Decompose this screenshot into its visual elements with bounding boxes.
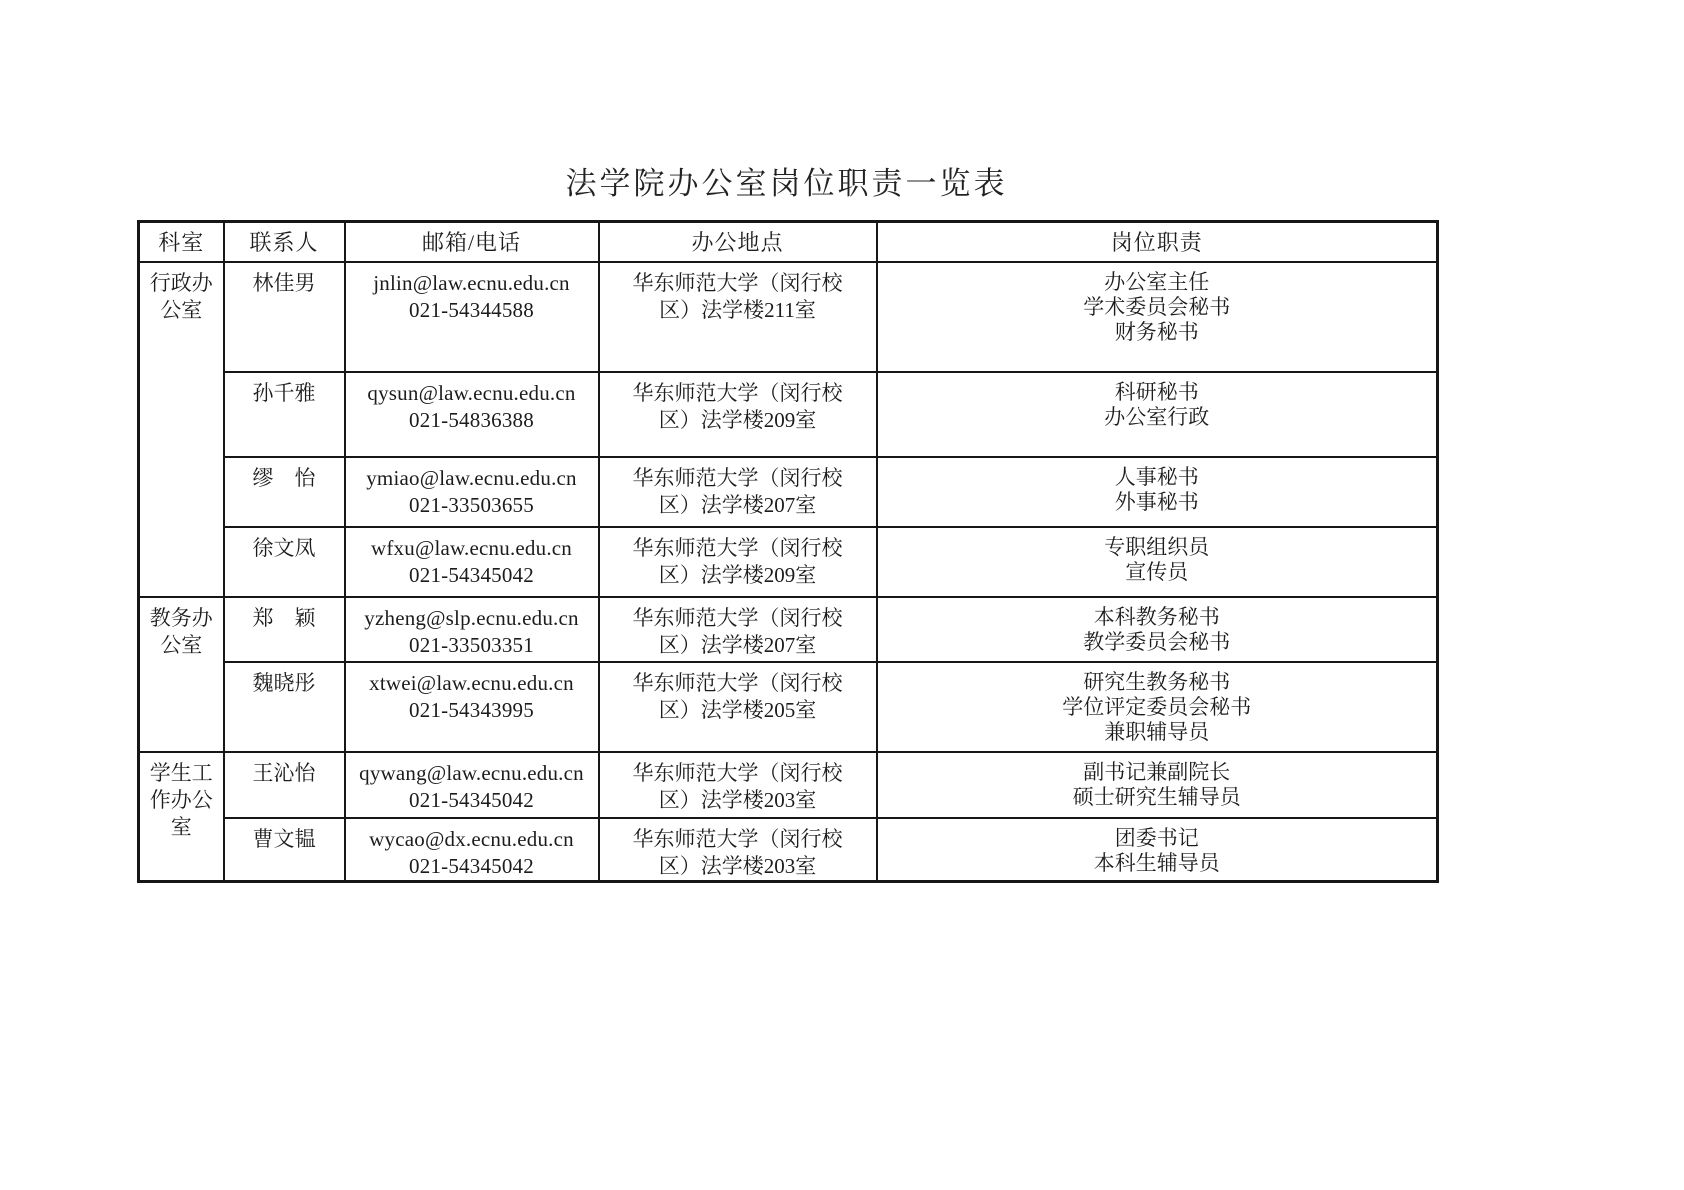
contact-name-cell: 曹文韫 bbox=[224, 818, 345, 882]
location-line: 区）法学楼203室 bbox=[600, 787, 876, 814]
office-location-cell: 华东师范大学（闵行校区）法学楼209室 bbox=[599, 527, 877, 597]
email-text: wfxu@law.ecnu.edu.cn bbox=[346, 535, 598, 562]
location-line: 区）法学楼209室 bbox=[600, 562, 876, 589]
duties-cell: 副书记兼副院长硕士研究生辅导员 bbox=[877, 752, 1438, 818]
department-name: 教务办公室 bbox=[149, 605, 214, 659]
table-row: 曹文韫wycao@dx.ecnu.edu.cn021-54345042华东师范大… bbox=[139, 818, 1438, 882]
contact-name-cell: 徐文凤 bbox=[224, 527, 345, 597]
table-row: 魏晓彤xtwei@law.ecnu.edu.cn021-54343995华东师范… bbox=[139, 662, 1438, 752]
column-header: 办公地点 bbox=[599, 222, 877, 262]
duty-line: 副书记兼副院长 bbox=[878, 760, 1437, 785]
location-line: 华东师范大学（闵行校 bbox=[600, 270, 876, 297]
email-phone-cell: wycao@dx.ecnu.edu.cn021-54345042 bbox=[345, 818, 599, 882]
table-row: 教务办公室郑 颖yzheng@slp.ecnu.edu.cn021-335033… bbox=[139, 597, 1438, 662]
location-line: 华东师范大学（闵行校 bbox=[600, 605, 876, 632]
location-line: 区）法学楼207室 bbox=[600, 492, 876, 519]
phone-text: 021-54344588 bbox=[346, 297, 598, 324]
contact-name-cell: 王沁怡 bbox=[224, 752, 345, 818]
duty-line: 本科生辅导员 bbox=[878, 851, 1437, 876]
column-header: 联系人 bbox=[224, 222, 345, 262]
contact-name: 魏晓彤 bbox=[225, 670, 344, 697]
office-location-cell: 华东师范大学（闵行校区）法学楼209室 bbox=[599, 372, 877, 457]
office-location-cell: 华东师范大学（闵行校区）法学楼207室 bbox=[599, 597, 877, 662]
office-location-cell: 华东师范大学（闵行校区）法学楼203室 bbox=[599, 818, 877, 882]
duty-line: 宣传员 bbox=[878, 560, 1437, 585]
location-line: 华东师范大学（闵行校 bbox=[600, 670, 876, 697]
duty-line: 硕士研究生辅导员 bbox=[878, 785, 1437, 810]
table-row: 孙千雅qysun@law.ecnu.edu.cn021-54836388华东师范… bbox=[139, 372, 1438, 457]
location-line: 区）法学楼205室 bbox=[600, 697, 876, 724]
duty-line: 兼职辅导员 bbox=[878, 720, 1437, 745]
table-row: 缪 怡ymiao@law.ecnu.edu.cn021-33503655华东师范… bbox=[139, 457, 1438, 527]
email-phone-cell: qywang@law.ecnu.edu.cn021-54345042 bbox=[345, 752, 599, 818]
department-name: 学生工作办公室 bbox=[149, 760, 214, 841]
location-line: 华东师范大学（闵行校 bbox=[600, 826, 876, 853]
table-row: 徐文凤wfxu@law.ecnu.edu.cn021-54345042华东师范大… bbox=[139, 527, 1438, 597]
email-text: xtwei@law.ecnu.edu.cn bbox=[346, 670, 598, 697]
phone-text: 021-54345042 bbox=[346, 562, 598, 589]
office-location-cell: 华东师范大学（闵行校区）法学楼211室 bbox=[599, 262, 877, 372]
duties-cell: 人事秘书外事秘书 bbox=[877, 457, 1438, 527]
table-row: 学生工作办公室王沁怡qywang@law.ecnu.edu.cn021-5434… bbox=[139, 752, 1438, 818]
location-line: 区）法学楼203室 bbox=[600, 853, 876, 880]
location-line: 区）法学楼211室 bbox=[600, 297, 876, 324]
duties-cell: 办公室主任学术委员会秘书财务秘书 bbox=[877, 262, 1438, 372]
email-text: qysun@law.ecnu.edu.cn bbox=[346, 380, 598, 407]
duty-line: 研究生教务秘书 bbox=[878, 670, 1437, 695]
contact-name: 徐文凤 bbox=[225, 535, 344, 562]
table-header-row: 科室联系人邮箱/电话办公地点岗位职责 bbox=[139, 222, 1438, 262]
phone-text: 021-54345042 bbox=[346, 853, 598, 880]
office-location-cell: 华东师范大学（闵行校区）法学楼203室 bbox=[599, 752, 877, 818]
document-sheet: 法学院办公室岗位职责一览表 科室联系人邮箱/电话办公地点岗位职责 行政办公室林佳… bbox=[137, 0, 1436, 883]
email-text: qywang@law.ecnu.edu.cn bbox=[346, 760, 598, 787]
email-phone-cell: wfxu@law.ecnu.edu.cn021-54345042 bbox=[345, 527, 599, 597]
duty-line: 团委书记 bbox=[878, 826, 1437, 851]
location-line: 华东师范大学（闵行校 bbox=[600, 465, 876, 492]
email-text: yzheng@slp.ecnu.edu.cn bbox=[346, 605, 598, 632]
phone-text: 021-33503655 bbox=[346, 492, 598, 519]
contact-name-cell: 林佳男 bbox=[224, 262, 345, 372]
contact-name: 曹文韫 bbox=[225, 826, 344, 853]
duties-cell: 研究生教务秘书学位评定委员会秘书兼职辅导员 bbox=[877, 662, 1438, 752]
email-phone-cell: yzheng@slp.ecnu.edu.cn021-33503351 bbox=[345, 597, 599, 662]
duty-line: 办公室行政 bbox=[878, 405, 1437, 430]
duty-line: 本科教务秘书 bbox=[878, 605, 1437, 630]
duties-cell: 本科教务秘书教学委员会秘书 bbox=[877, 597, 1438, 662]
contact-name: 缪 怡 bbox=[225, 465, 344, 492]
location-line: 华东师范大学（闵行校 bbox=[600, 760, 876, 787]
contact-name-cell: 孙千雅 bbox=[224, 372, 345, 457]
duty-line: 专职组织员 bbox=[878, 535, 1437, 560]
phone-text: 021-54343995 bbox=[346, 697, 598, 724]
page-title: 法学院办公室岗位职责一览表 bbox=[137, 158, 1436, 203]
duty-line: 人事秘书 bbox=[878, 465, 1437, 490]
email-text: ymiao@law.ecnu.edu.cn bbox=[346, 465, 598, 492]
email-phone-cell: qysun@law.ecnu.edu.cn021-54836388 bbox=[345, 372, 599, 457]
email-phone-cell: ymiao@law.ecnu.edu.cn021-33503655 bbox=[345, 457, 599, 527]
duty-line: 学位评定委员会秘书 bbox=[878, 695, 1437, 720]
duty-line: 学术委员会秘书 bbox=[878, 295, 1437, 320]
office-location-cell: 华东师范大学（闵行校区）法学楼205室 bbox=[599, 662, 877, 752]
phone-text: 021-54345042 bbox=[346, 787, 598, 814]
duties-cell: 专职组织员宣传员 bbox=[877, 527, 1438, 597]
contact-name: 林佳男 bbox=[225, 270, 344, 297]
contact-name: 王沁怡 bbox=[225, 760, 344, 787]
email-text: wycao@dx.ecnu.edu.cn bbox=[346, 826, 598, 853]
phone-text: 021-33503351 bbox=[346, 632, 598, 659]
location-line: 区）法学楼209室 bbox=[600, 407, 876, 434]
location-line: 华东师范大学（闵行校 bbox=[600, 535, 876, 562]
column-header: 科室 bbox=[139, 222, 224, 262]
department-cell: 学生工作办公室 bbox=[139, 752, 224, 882]
duty-line: 办公室主任 bbox=[878, 270, 1437, 295]
department-name: 行政办公室 bbox=[149, 270, 214, 324]
contact-name: 孙千雅 bbox=[225, 380, 344, 407]
contact-name-cell: 魏晓彤 bbox=[224, 662, 345, 752]
column-header: 岗位职责 bbox=[877, 222, 1438, 262]
column-header: 邮箱/电话 bbox=[345, 222, 599, 262]
email-phone-cell: xtwei@law.ecnu.edu.cn021-54343995 bbox=[345, 662, 599, 752]
department-cell: 行政办公室 bbox=[139, 262, 224, 597]
email-phone-cell: jnlin@law.ecnu.edu.cn021-54344588 bbox=[345, 262, 599, 372]
email-text: jnlin@law.ecnu.edu.cn bbox=[346, 270, 598, 297]
phone-text: 021-54836388 bbox=[346, 407, 598, 434]
department-cell: 教务办公室 bbox=[139, 597, 224, 752]
duties-cell: 科研秘书办公室行政 bbox=[877, 372, 1438, 457]
contact-name-cell: 郑 颖 bbox=[224, 597, 345, 662]
duty-line: 科研秘书 bbox=[878, 380, 1437, 405]
duty-line: 教学委员会秘书 bbox=[878, 630, 1437, 655]
duty-line: 外事秘书 bbox=[878, 490, 1437, 515]
contact-name-cell: 缪 怡 bbox=[224, 457, 345, 527]
location-line: 华东师范大学（闵行校 bbox=[600, 380, 876, 407]
duty-table: 科室联系人邮箱/电话办公地点岗位职责 行政办公室林佳男jnlin@law.ecn… bbox=[137, 220, 1439, 883]
location-line: 区）法学楼207室 bbox=[600, 632, 876, 659]
duties-cell: 团委书记本科生辅导员 bbox=[877, 818, 1438, 882]
table-row: 行政办公室林佳男jnlin@law.ecnu.edu.cn021-5434458… bbox=[139, 262, 1438, 372]
contact-name: 郑 颖 bbox=[225, 605, 344, 632]
office-location-cell: 华东师范大学（闵行校区）法学楼207室 bbox=[599, 457, 877, 527]
duty-line: 财务秘书 bbox=[878, 320, 1437, 345]
